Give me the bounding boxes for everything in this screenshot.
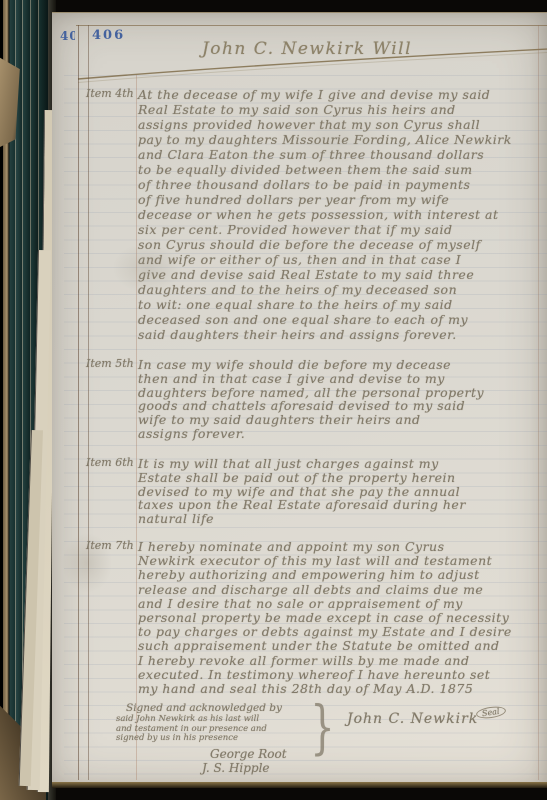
will-text-line: Real Estate to my said son Cyrus his hei… xyxy=(138,102,543,117)
will-text-line: At the decease of my wife I give and dev… xyxy=(138,87,543,102)
will-text-line: and I desire that no sale or appraisemen… xyxy=(138,596,543,610)
page-number: 406 xyxy=(92,28,125,43)
will-text-line: Newkirk executor of this my last will an… xyxy=(138,553,543,567)
will-text-line: pay to my daughters Missourie Fording, A… xyxy=(138,132,543,147)
will-text-lines: In case my wife should die before my dec… xyxy=(138,357,543,440)
will-text-line: daughters before named, all the personal… xyxy=(138,385,543,399)
will-text-line: then and in that case I give and devise … xyxy=(138,371,543,385)
will-text-line: of three thousand dollars to be paid in … xyxy=(138,177,543,192)
page-title: John C. Newkirk Will xyxy=(162,39,452,59)
item-label: Item 5th xyxy=(86,357,134,370)
will-text-line: personal property be made except in case… xyxy=(138,610,543,624)
will-text-lines: I hereby nominate and appoint my son Cyr… xyxy=(138,539,543,695)
will-text-line: taxes upon the Real Estate aforesaid dur… xyxy=(138,497,543,511)
will-section: Item 5thIn case my wife should die befor… xyxy=(52,357,543,440)
will-text-line: to be equally divided between them the s… xyxy=(138,162,543,177)
will-text-line: It is my will that all just charges agai… xyxy=(138,456,543,470)
will-section: Item 6thIt is my will that all just char… xyxy=(52,456,543,525)
book-cover-edge xyxy=(0,52,22,147)
will-text-line: said daughters their heirs and assigns f… xyxy=(138,327,543,342)
will-text-line: goods and chattels aforesaid devised to … xyxy=(138,398,543,412)
will-text-line: In case my wife should die before my dec… xyxy=(138,357,543,371)
will-text-line: to wit: one equal share to the heirs of … xyxy=(138,297,543,312)
seal-label: Seal xyxy=(481,707,500,718)
will-text-line: I hereby nominate and appoint my son Cyr… xyxy=(138,539,543,553)
item-label: Item 4th xyxy=(86,87,134,100)
will-text-line: wife to my said daughters their heirs an… xyxy=(138,412,543,426)
will-text-line: release and discharge all debts and clai… xyxy=(138,582,543,596)
book-binding xyxy=(0,0,56,800)
will-text-line: and wife or either of us, then and in th… xyxy=(138,252,543,267)
ledger-page: 40 406 John C. Newkirk Will Item 4thAt t… xyxy=(52,12,547,788)
will-text-line: deceased son and one equal share to each… xyxy=(138,312,543,327)
attestation-brace: } xyxy=(310,697,334,757)
will-text-line: I hereby revoke all former wills by me m… xyxy=(138,653,543,667)
will-text-line: assigns provided however that my son Cyr… xyxy=(138,117,543,132)
witness-signature: J. S. Hipple xyxy=(202,761,270,775)
will-text-line: son Cyrus should die before the decease … xyxy=(138,237,543,252)
will-text-line: decease or when he gets possession, with… xyxy=(138,207,543,222)
will-text-lines: It is my will that all just charges agai… xyxy=(138,456,543,525)
will-text-line: such appraisement under the Statute be o… xyxy=(138,638,543,652)
will-text-line: assigns forever. xyxy=(138,426,543,440)
witness-signature: George Root xyxy=(210,747,287,761)
will-section: Item 7thI hereby nominate and appoint my… xyxy=(52,539,543,695)
will-text-line: natural life xyxy=(138,511,543,525)
will-text-line: to pay charges or debts against my Estat… xyxy=(138,624,543,638)
will-text-line: six per cent. Provided however that if m… xyxy=(138,222,543,237)
seal-mark: Seal xyxy=(475,705,506,720)
will-text-line: Estate shall be paid out of the property… xyxy=(138,470,543,484)
will-text-line: and Clara Eaton the sum of three thousan… xyxy=(138,147,543,162)
photo-backdrop: 40 406 John C. Newkirk Will Item 4thAt t… xyxy=(0,0,547,800)
will-text-lines: At the decease of my wife I give and dev… xyxy=(138,87,543,342)
testator-signature: John C. Newkirk xyxy=(347,711,478,727)
will-text-line: of five hundred dollars per year from my… xyxy=(138,192,543,207)
will-text-line: give and devise said Real Estate to my s… xyxy=(138,267,543,282)
will-text-line: my hand and seal this 28th day of May A.… xyxy=(138,681,543,695)
will-text-line: hereby authorizing and empowering him to… xyxy=(138,567,543,581)
will-section: Item 4thAt the decease of my wife I give… xyxy=(52,87,543,342)
will-text-line: executed. In testimony whereof I have he… xyxy=(138,667,543,681)
will-text-line: daughters and to the heirs of my decease… xyxy=(138,282,543,297)
item-label: Item 7th xyxy=(86,539,134,552)
will-text-line: devised to my wife and that she pay the … xyxy=(138,484,543,498)
item-label: Item 6th xyxy=(86,456,134,469)
under-page-number: 40 xyxy=(60,29,75,43)
attestation-block: Signed and acknowledged bysaid John Newk… xyxy=(52,701,547,788)
